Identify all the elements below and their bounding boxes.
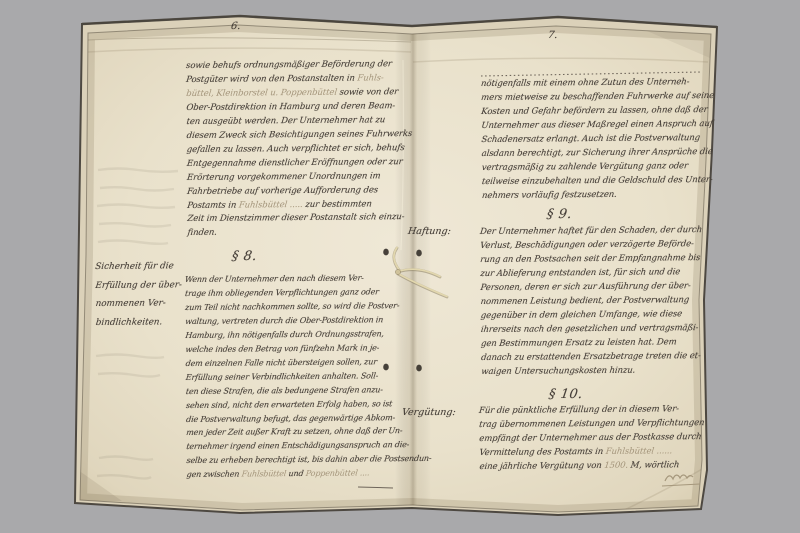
section-10-heading: § 10.: [548, 387, 584, 402]
punch-hole: [383, 249, 389, 256]
section-8-paragraph: Wenn der Unternehmer den nach diesem Ver…: [184, 271, 418, 482]
page-number-right: 7.: [547, 30, 558, 41]
left-margin-note: Sicherheit für dieErfüllung der über-nom…: [94, 257, 181, 332]
left-paragraph-continuation: sowie behufs ordnungsmäßiger Beförderung…: [185, 58, 419, 241]
verguetung-margin-note: Vergütung:: [401, 407, 456, 418]
section-8-heading: § 8.: [231, 249, 258, 264]
section-10-paragraph: Für die pünktliche Erfüllung der in dies…: [478, 403, 705, 475]
haftung-margin-note: Haftung:: [407, 226, 451, 237]
section-9-paragraph: Der Unternehmer haftet für den Schaden, …: [479, 224, 706, 379]
section-9-heading: § 9.: [546, 207, 573, 222]
page-number-left: 6.: [230, 21, 241, 32]
document-photograph: 6. sowie behufs ordnungsmäßiger Beförder…: [0, 0, 800, 533]
punch-hole: [416, 250, 422, 257]
right-paragraph-continuation: nötigenfalls mit einem ohne Zutun des Un…: [480, 76, 707, 204]
